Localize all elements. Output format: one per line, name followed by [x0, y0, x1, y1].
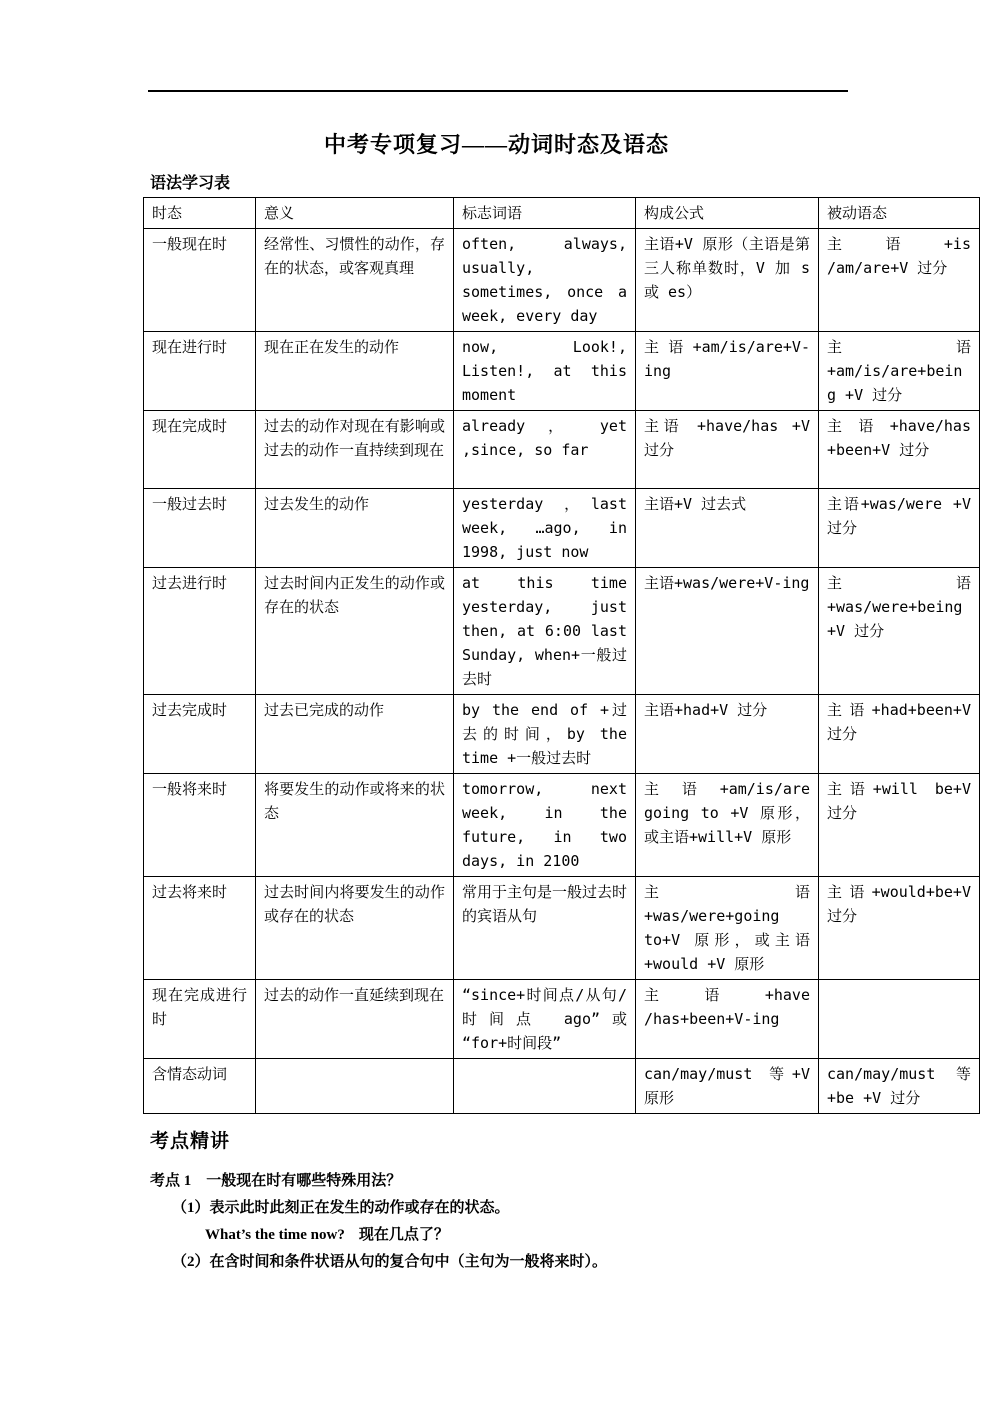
table-cell: 现在正在发生的动作	[256, 332, 454, 411]
table-cell: 主语+had+been+V 过分	[819, 695, 980, 774]
table-cell: “since+时间点/从句/时间点 ago”或 “for+时间段”	[454, 980, 636, 1059]
page-title: 中考专项复习——动词时态及语态	[0, 128, 993, 159]
table-row: 含情态动词 can/may/must 等+V 原形 can/may/must 等…	[144, 1059, 980, 1114]
table-cell: 主语+is /am/are+V 过分	[819, 229, 980, 332]
table-row: 现在完成时 过去的动作对现在有影响或过去的动作一直持续到现在 already ，…	[144, 411, 980, 489]
table-cell: 过去发生的动作	[256, 489, 454, 568]
column-header-tense: 时态	[144, 198, 256, 229]
table-cell: 将要发生的动作或将来的状态	[256, 774, 454, 877]
table-cell	[256, 1059, 454, 1114]
table-cell: 主语+had+V 过分	[636, 695, 819, 774]
table-header-row: 时态 意义 标志词语 构成公式 被动语态	[144, 198, 980, 229]
point-1-item-2: （2）在含时间和条件状语从句的复合句中（主句为一般将来时）。	[150, 1253, 850, 1271]
example-chinese: 现在几点了？	[359, 1227, 449, 1243]
grammar-table: 时态 意义 标志词语 构成公式 被动语态 一般现在时 经常性、习惯性的动作，存在…	[143, 197, 980, 1114]
table-cell: 主语+V 过去式	[636, 489, 819, 568]
column-header-meaning: 意义	[256, 198, 454, 229]
table-cell: often, always, usually, sometimes, once …	[454, 229, 636, 332]
table-cell: tomorrow, next week, in the future, in t…	[454, 774, 636, 877]
section-heading: 考点精讲	[150, 1126, 850, 1153]
table-row: 一般过去时 过去发生的动作 yesterday ，last week, …ago…	[144, 489, 980, 568]
table-row: 现在进行时 现在正在发生的动作 now, Look!, Listen!, at …	[144, 332, 980, 411]
table-cell: yesterday ，last week, …ago, in 1998, jus…	[454, 489, 636, 568]
table-row: 过去进行时 过去时间内正发生的动作或存在的状态 at this time yes…	[144, 568, 980, 695]
table-cell: 主语 +have/has +V 过分	[636, 411, 819, 489]
table-row: 一般将来时 将要发生的动作或将来的状态 tomorrow, next week,…	[144, 774, 980, 877]
column-header-signal-words: 标志词语	[454, 198, 636, 229]
header-rule	[148, 90, 848, 92]
column-header-passive: 被动语态	[819, 198, 980, 229]
point-1-example: What’s the time now?现在几点了？	[150, 1226, 850, 1244]
table-cell: now, Look!, Listen!, at this moment	[454, 332, 636, 411]
point-1-title: 考点 1 一般现在时有哪些特殊用法？	[150, 1169, 850, 1190]
table-cell: 过去将来时	[144, 877, 256, 980]
table-cell: 过去的动作一直延续到现在	[256, 980, 454, 1059]
table-cell: 主语+am/is/are+V-ing	[636, 332, 819, 411]
table-cell: 主语 +was/were+being+V 过分	[819, 568, 980, 695]
example-english: What’s the time now?	[205, 1227, 345, 1243]
table-cell: 过去的动作对现在有影响或过去的动作一直持续到现在	[256, 411, 454, 489]
table-row: 一般现在时 经常性、习惯性的动作，存在的状态，或客观真理 often, alwa…	[144, 229, 980, 332]
table-cell: 过去已完成的动作	[256, 695, 454, 774]
table-cell: 过去时间内正发生的动作或存在的状态	[256, 568, 454, 695]
table-cell: 常用于主句是一般过去时的宾语从句	[454, 877, 636, 980]
table-label: 语法学习表	[150, 170, 230, 193]
table-cell: 主语 +was/were+going to+V 原形，或主语 +would +V…	[636, 877, 819, 980]
table-cell: at this time yesterday, just then, at 6:…	[454, 568, 636, 695]
table-cell: 过去时间内将要发生的动作或存在的状态	[256, 877, 454, 980]
point-1-item-1: （1）表示此时此刻正在发生的动作或存在的状态。	[150, 1199, 850, 1217]
table-cell: 主语+would+be+V 过分	[819, 877, 980, 980]
table-cell: can/may/must 等+V 原形	[636, 1059, 819, 1114]
table-cell: 一般过去时	[144, 489, 256, 568]
table-cell: 主语+V 原形（主语是第三人称单数时，V 加 s 或 es）	[636, 229, 819, 332]
table-cell: 现在完成时	[144, 411, 256, 489]
table-cell: can/may/must 等 +be +V 过分	[819, 1059, 980, 1114]
table-cell: 主语+have /has+been+V-ing	[636, 980, 819, 1059]
table-cell: 主语+was/were +V 过分	[819, 489, 980, 568]
table-cell: 现在进行时	[144, 332, 256, 411]
table-cell: 主语+will be+V 过分	[819, 774, 980, 877]
table-cell	[454, 1059, 636, 1114]
column-header-formula: 构成公式	[636, 198, 819, 229]
table-cell: by the end of +过去的时间，by the time +一般过去时	[454, 695, 636, 774]
table-cell: 主语+am/is/are going to +V 原形，或主语+will+V 原…	[636, 774, 819, 877]
table-cell: 主语+was/were+V-ing	[636, 568, 819, 695]
table-cell: 含情态动词	[144, 1059, 256, 1114]
table-cell: 现在完成进行时	[144, 980, 256, 1059]
document-page: 中考专项复习——动词时态及语态 语法学习表 时态 意义 标志词语 构成公式 被动…	[0, 0, 993, 1404]
exam-points-section: 考点精讲 考点 1 一般现在时有哪些特殊用法？ （1）表示此时此刻正在发生的动作…	[150, 1126, 850, 1280]
table-row: 过去将来时 过去时间内将要发生的动作或存在的状态 常用于主句是一般过去时的宾语从…	[144, 877, 980, 980]
table-row: 现在完成进行时 过去的动作一直延续到现在 “since+时间点/从句/时间点 a…	[144, 980, 980, 1059]
table-cell: 过去进行时	[144, 568, 256, 695]
table-cell: 一般将来时	[144, 774, 256, 877]
table-cell: already ， yet ,since, so far	[454, 411, 636, 489]
table-cell: 过去完成时	[144, 695, 256, 774]
table-cell: 主语 +am/is/are+being +V 过分	[819, 332, 980, 411]
table-cell: 经常性、习惯性的动作，存在的状态，或客观真理	[256, 229, 454, 332]
table-row: 过去完成时 过去已完成的动作 by the end of +过去的时间，by t…	[144, 695, 980, 774]
table-cell	[819, 980, 980, 1059]
table-cell: 一般现在时	[144, 229, 256, 332]
table-cell: 主语+have/has +been+V 过分	[819, 411, 980, 489]
